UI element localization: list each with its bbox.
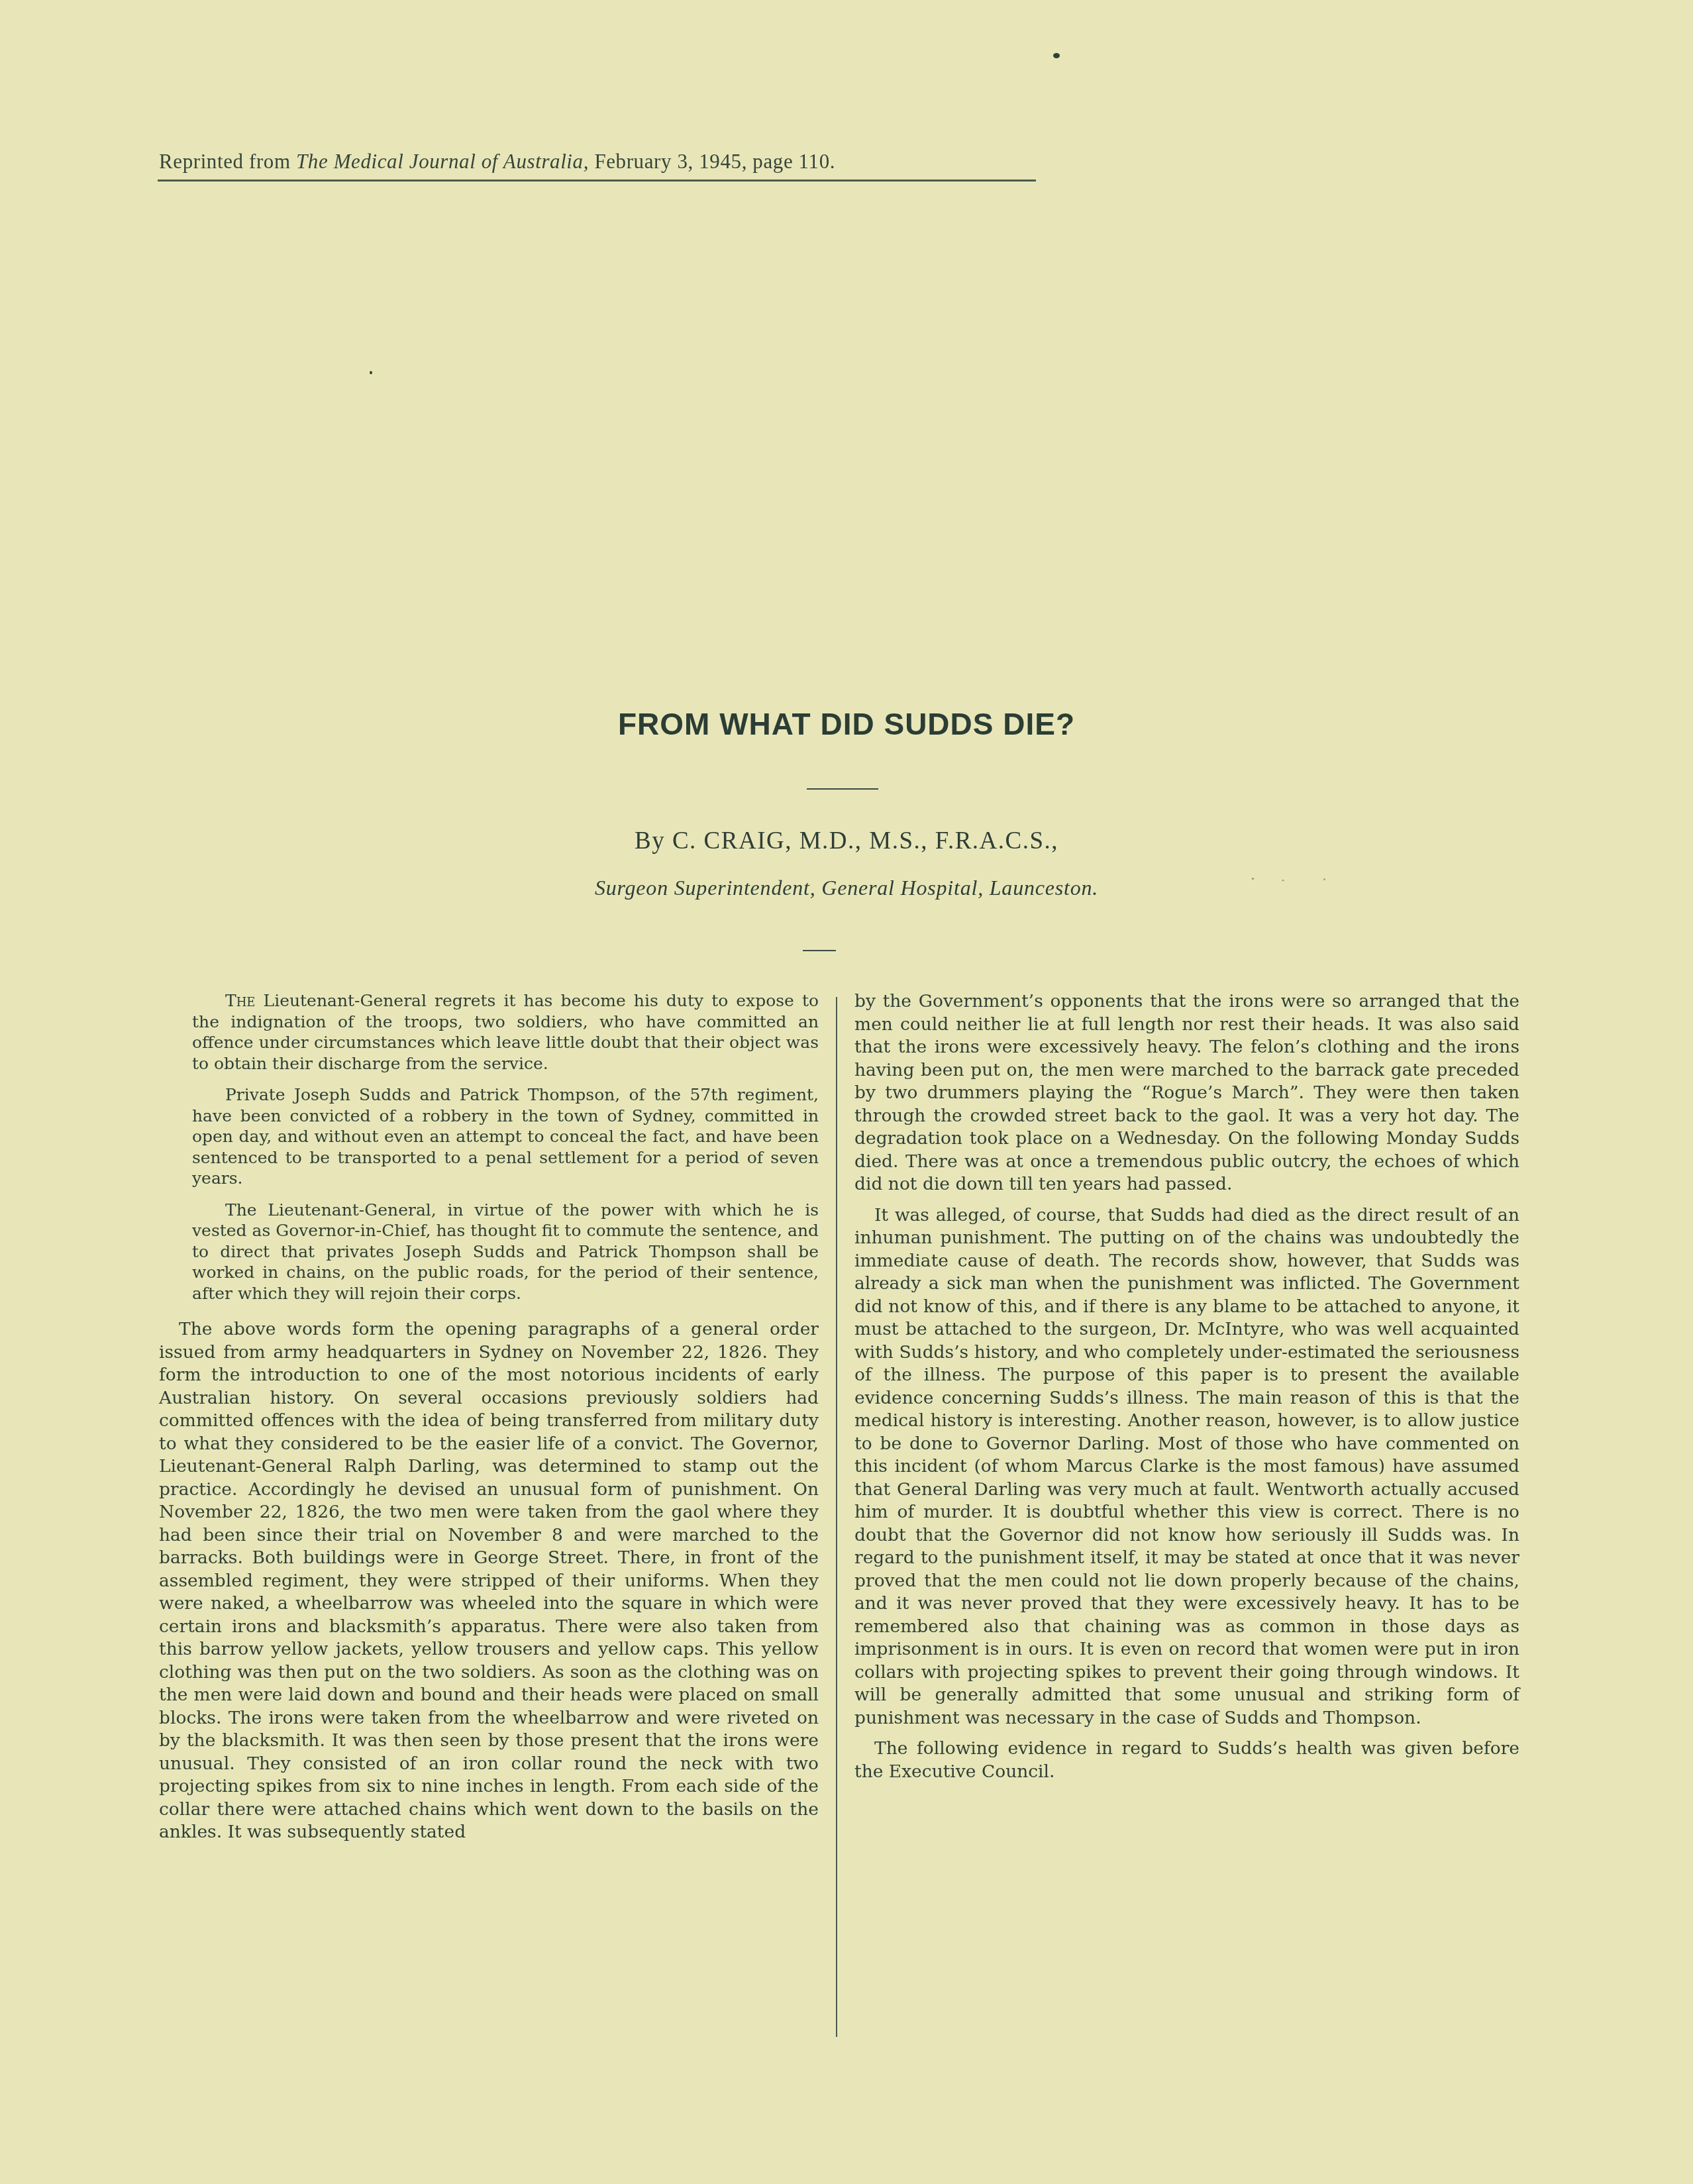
- left-column: The Lieutenant-General regrets it has be…: [159, 990, 819, 1852]
- body-paragraph: The following evidence in regard to Sudd…: [854, 1738, 1519, 1783]
- article-title: FROM WHAT DID SUDDS DIE?: [0, 706, 1693, 742]
- quoted-order-paragraph: The Lieutenant-General, in virtue of the…: [159, 1200, 819, 1304]
- quoted-order-paragraph: The Lieutenant-General regrets it has be…: [159, 990, 819, 1074]
- document-page: Reprinted from The Medical Journal of Au…: [0, 0, 1693, 2184]
- author-byline: By C. CRAIG, M.D., M.S., F.R.A.C.S.,: [0, 827, 1693, 855]
- right-column: by the Government’s opponents that the i…: [854, 990, 1519, 1791]
- scan-speck: [1053, 53, 1060, 58]
- header-rule: [158, 180, 1036, 182]
- byline-divider: [803, 950, 836, 951]
- body-paragraph: by the Government’s opponents that the i…: [854, 990, 1519, 1196]
- reprint-prefix: Reprinted from: [159, 150, 296, 173]
- body-paragraph: It was alleged, of course, that Sudds ha…: [854, 1204, 1519, 1730]
- body-paragraph: The above words form the opening paragra…: [159, 1318, 819, 1844]
- reprint-date-page: February 3, 1945, page 110.: [589, 150, 835, 173]
- journal-name: The Medical Journal of Australia,: [296, 150, 589, 173]
- reprint-notice: Reprinted from The Medical Journal of Au…: [159, 150, 835, 174]
- title-divider: [807, 788, 878, 790]
- author-affiliation: Surgeon Superintendent, General Hospital…: [0, 876, 1693, 900]
- scan-speck: [370, 371, 372, 374]
- quote-lead-word: The: [225, 991, 256, 1010]
- column-divider: [836, 997, 837, 2037]
- quoted-order-paragraph: Private Joseph Sudds and Patrick Thompso…: [159, 1084, 819, 1189]
